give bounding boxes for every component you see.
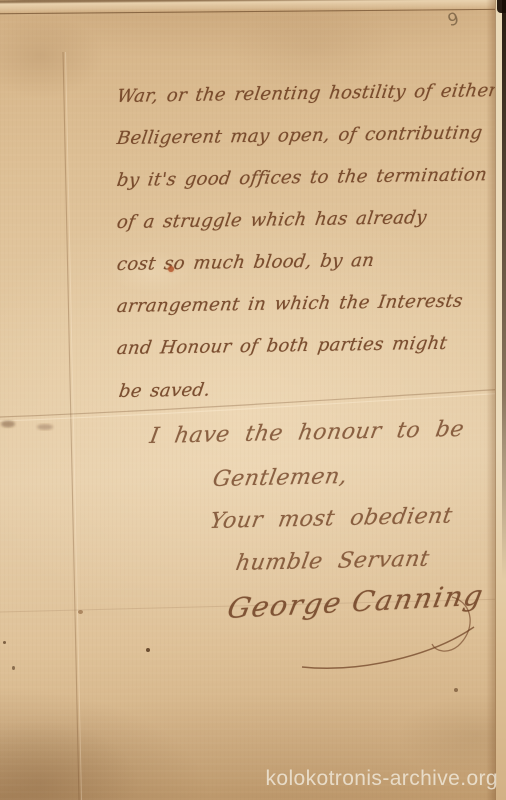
fold-creases (0, 0, 506, 800)
letter-body-line: and Honour of both parties might (116, 333, 449, 359)
ink-speck (12, 666, 15, 670)
letter-closing-line: humble Servant (234, 547, 432, 576)
letter-page: 9 War, or the relenting hostility of eit… (0, 0, 506, 800)
page-edge-shadow (486, 0, 495, 800)
crease-pinch-mark (37, 424, 53, 430)
letter-closing-line: Your most obedient (208, 504, 455, 534)
ink-speck (78, 610, 83, 614)
paper-stains (0, 0, 506, 800)
letter-body-line: War, or the relenting hostility of eithe… (116, 80, 499, 107)
letter-body-line: be saved. (118, 380, 212, 402)
horizontal-crease-line (0, 389, 506, 417)
paper-top-fold-edge (0, 0, 506, 14)
vertical-crease-line (63, 52, 79, 800)
letter-body-line: cost so much blood, by an (116, 250, 376, 275)
ink-speck (146, 648, 150, 652)
signature: George Canning (225, 579, 487, 625)
letter-body-line: by it's good offices to the termination (116, 164, 489, 191)
letter-photograph: 9 War, or the relenting hostility of eit… (0, 0, 506, 800)
letter-body-line: of a struggle which has already (116, 207, 429, 233)
ink-speck (454, 688, 458, 692)
letter-body-line: arrangement in which the Interests (116, 291, 465, 317)
signature-underline-flourish (302, 627, 474, 668)
vertical-crease-highlight (66, 52, 82, 800)
pencil-page-number: 9 (446, 9, 462, 31)
paper-texture (0, 0, 506, 800)
crease-pinch-mark (1, 421, 15, 428)
letter-body-line: Belligerent may open, of contributing (116, 122, 484, 149)
signature-flourish (0, 0, 506, 800)
ink-speck (168, 266, 174, 272)
photo-dark-edge (502, 0, 506, 580)
archive-watermark: kolokotronis-archive.org (265, 767, 498, 791)
letter-closing-line: I have the honour to be (148, 417, 466, 449)
letter-closing-line: Gentlemen, (211, 464, 350, 492)
ink-speck (3, 641, 6, 644)
photo-dark-corner (497, 0, 506, 13)
